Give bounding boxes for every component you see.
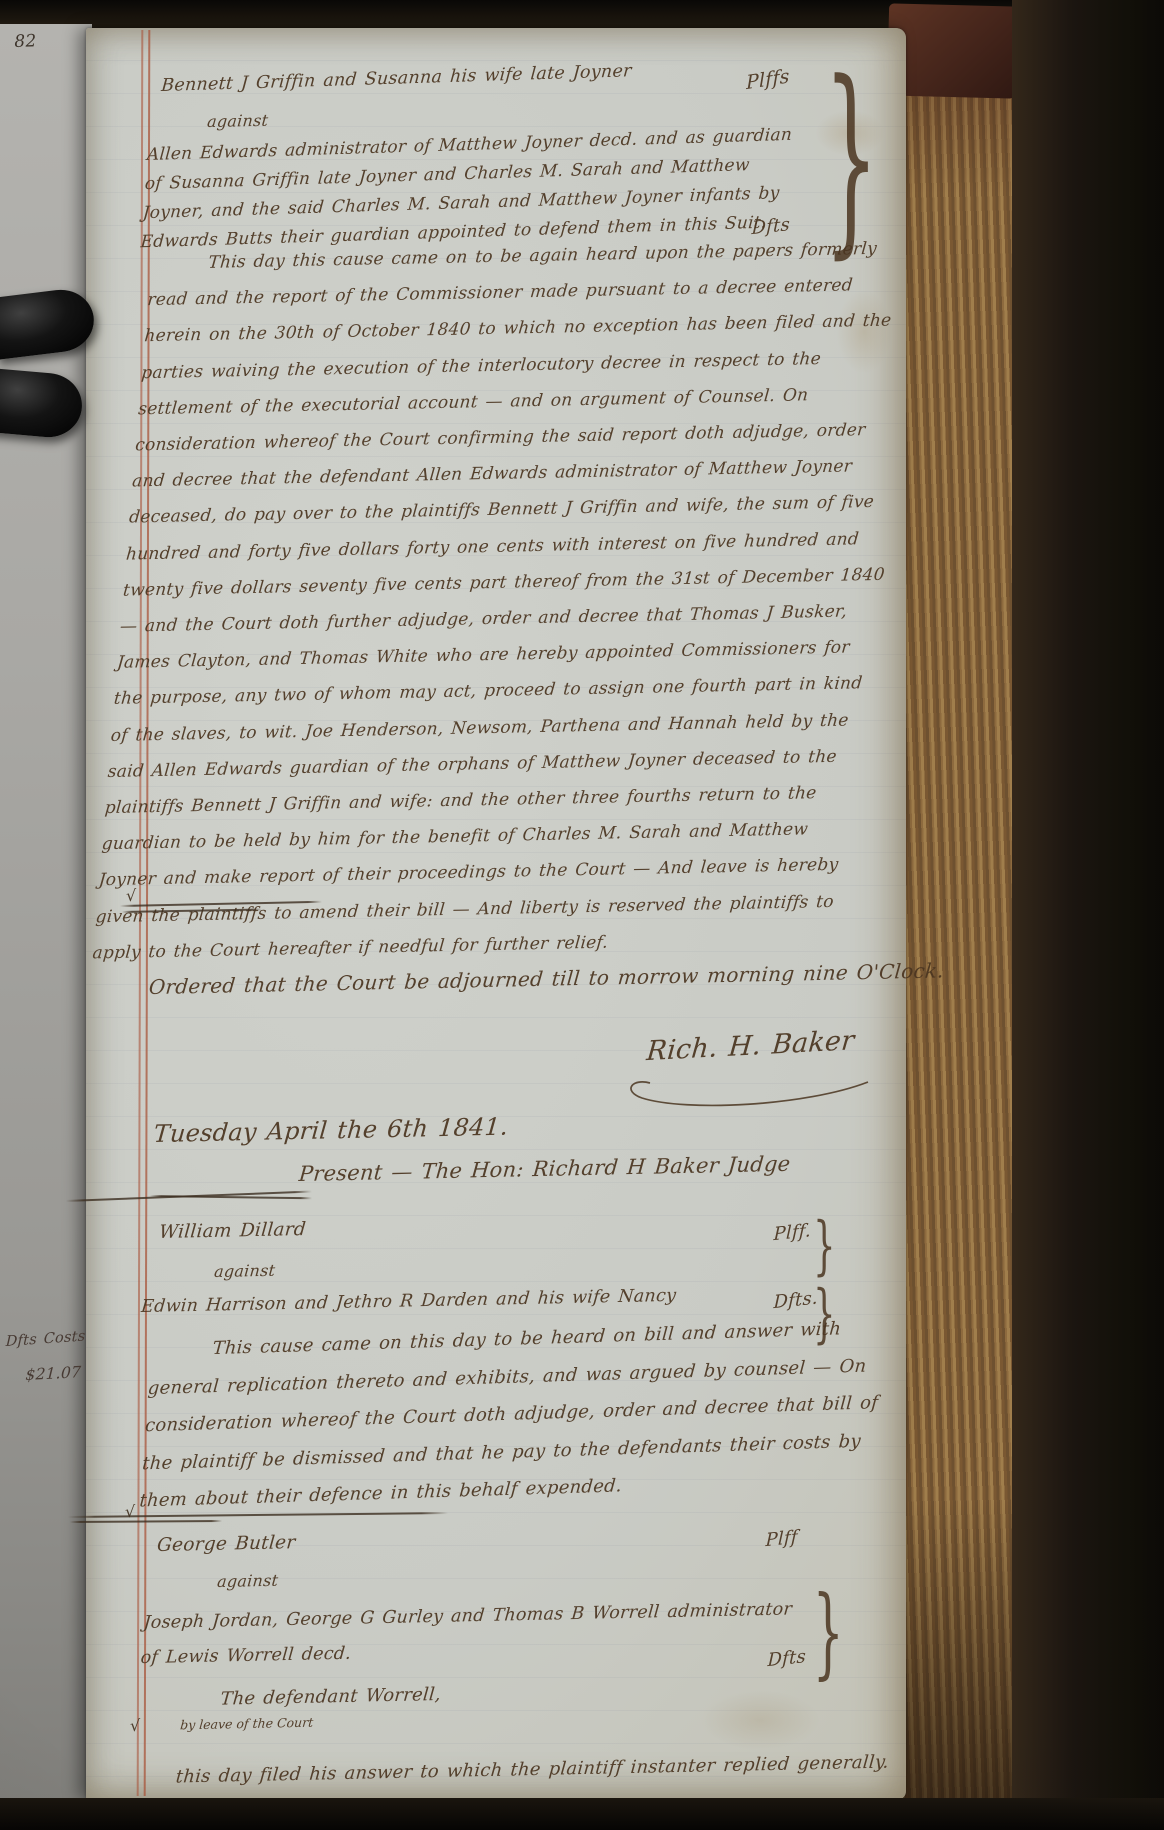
case3-entry-end: this day filed his answer to which the p… [175, 1752, 890, 1788]
case1-party-brace: } [824, 84, 879, 232]
case3-plaintiff-label: Plff [765, 1527, 798, 1552]
book-page-edges [898, 14, 1018, 1824]
case3-party-brace: } [813, 1596, 844, 1670]
margin-check-icon: √ [125, 1502, 135, 1521]
case3-against-label: against [216, 1571, 279, 1591]
case3-entry-start: The defendant Worrell, [220, 1684, 442, 1710]
folio-number: 82 [14, 31, 37, 52]
case2-plaintiffs: William Dillard [158, 1219, 307, 1243]
case2-margin-note-amount: $21.07 [25, 1363, 82, 1384]
margin-check-icon: √ [126, 886, 136, 905]
case3-defendants: Joseph Jordan, George G Gurley and Thoma… [139, 1592, 805, 1676]
book-cover-corner [887, 3, 1017, 98]
case2-plaintiff-brace: } [813, 1222, 835, 1270]
case2-plaintiff-label: Plff. [773, 1220, 811, 1245]
case2-against-label: against [213, 1261, 276, 1281]
signature-flourish [616, 1072, 886, 1120]
case3-plaintiffs: George Butler [156, 1532, 296, 1556]
book-cover-right [1012, 0, 1164, 1830]
case1-decree-text: This day this cause came on to be again … [91, 230, 914, 971]
margin-check-icon: √ [130, 1716, 140, 1735]
case1-against-label: against [206, 111, 269, 131]
case2-decree-text: This cause came on this day to be heard … [138, 1308, 921, 1520]
case3-entry-text: The defendant Worrell, by leave of the C… [142, 1666, 922, 1797]
ledger-photo: 82 Bennett J Griffin and Susanna his wif… [0, 0, 1164, 1830]
case3-interlineation: by leave of the Court [180, 1715, 314, 1733]
photo-bottom-edge [0, 1798, 1164, 1830]
